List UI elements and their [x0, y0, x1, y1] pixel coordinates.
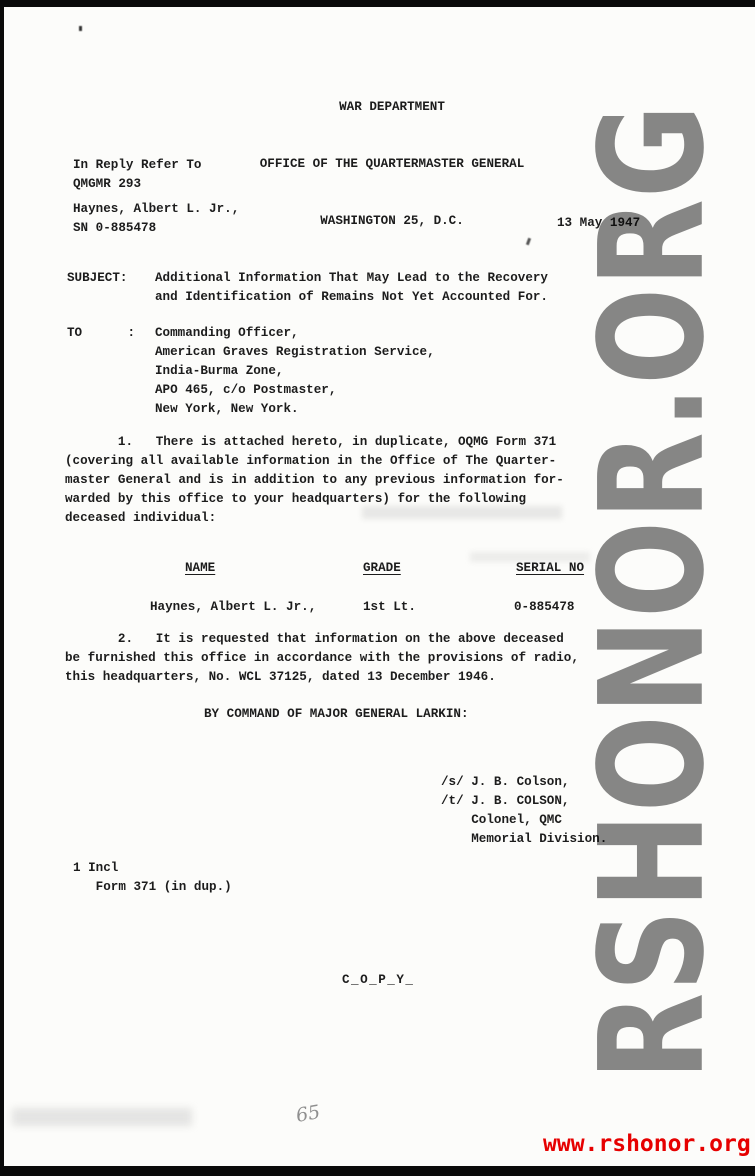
scanned-letter-page: WAR DEPARTMENT OFFICE OF THE QUARTERMAST… — [0, 0, 755, 1176]
table-row-grade: 1st Lt. — [363, 598, 416, 617]
subject-label: SUBJECT: — [67, 269, 127, 288]
handwritten-page-number: 65 — [294, 1101, 322, 1127]
copy-mark: C_O_P_Y_ — [342, 971, 414, 990]
date-line: 13 May 1947 — [557, 214, 640, 233]
to-label: TO : — [67, 324, 135, 343]
scan-speck — [79, 26, 82, 31]
table-row-serial: 0-885478 — [514, 598, 574, 617]
scan-border-bottom — [0, 1166, 755, 1176]
subject-text: Additional Information That May Lead to … — [155, 269, 548, 307]
enclosure-block: 1 Incl Form 371 (in dup.) — [73, 859, 232, 897]
reply-refer-block: In Reply Refer To QMGMR 293 — [73, 156, 201, 194]
scan-smudge — [12, 1108, 192, 1126]
paragraph-1: 1. There is attached hereto, in duplicat… — [65, 433, 564, 528]
table-header-grade: GRADE — [363, 559, 401, 578]
paragraph-2: 2. It is requested that information on t… — [65, 630, 579, 687]
signature-block: /s/ J. B. Colson, /t/ J. B. COLSON, Colo… — [441, 773, 607, 849]
footer-website-url: www.rshonor.org — [543, 1131, 751, 1157]
table-header-name: NAME — [185, 559, 215, 578]
table-header-serial: SERIAL NO — [516, 559, 584, 578]
regarding-block: Haynes, Albert L. Jr., SN 0-885478 — [73, 200, 239, 238]
letterhead-line1: WAR DEPARTMENT — [30, 98, 754, 117]
by-command-line: BY COMMAND OF MAJOR GENERAL LARKIN: — [204, 705, 469, 724]
scan-border-left — [0, 0, 4, 1176]
to-address: Commanding Officer, American Graves Regi… — [155, 324, 435, 419]
table-row-name: Haynes, Albert L. Jr., — [150, 598, 316, 617]
scan-border-top — [0, 0, 755, 7]
